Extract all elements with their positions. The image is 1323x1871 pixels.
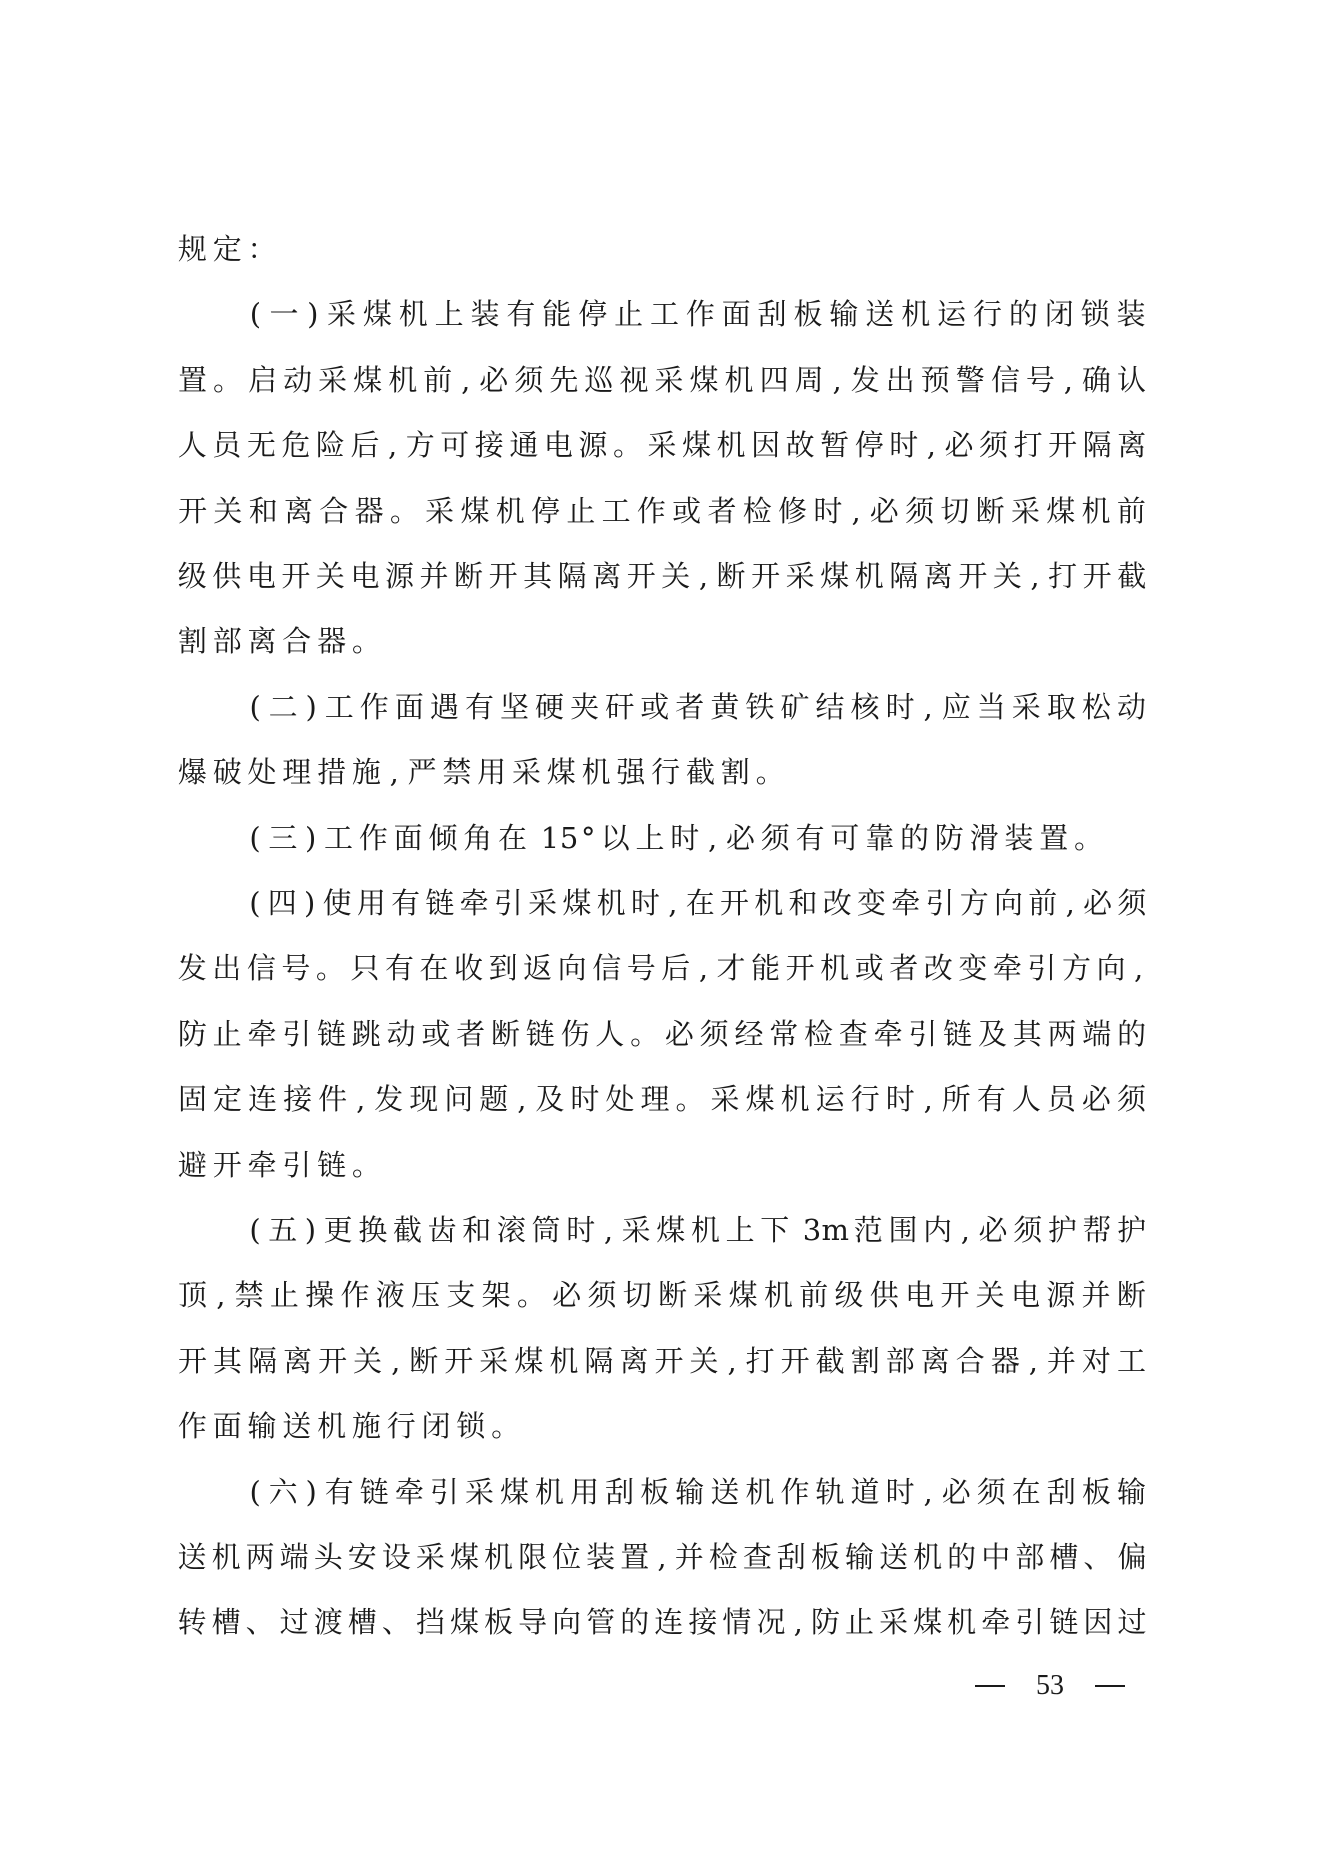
text-line: 规定： [175, 231, 1149, 267]
text-line: 割部离合器。 [175, 623, 1149, 659]
text-line: (二)工作面遇有坚硬夹矸或者黄铁矿结核时,应当采取松动 [175, 689, 1149, 725]
text-line: (四)使用有链牵引采煤机时,在开机和改变牵引方向前,必须 [175, 885, 1149, 921]
text-line: 发出信号。只有在收到返向信号后,才能开机或者改变牵引方向, [175, 950, 1149, 986]
text-line: 顶,禁止操作液压支架。必须切断采煤机前级供电开关电源并断 [175, 1277, 1149, 1313]
text-line: 置。启动采煤机前,必须先巡视采煤机四周,发出预警信号,确认 [175, 362, 1149, 398]
text-line: 防止牵引链跳动或者断链伤人。必须经常检查牵引链及其两端的 [175, 1016, 1149, 1052]
text-line: 送机两端头安设采煤机限位装置,并检查刮板输送机的中部槽、偏 [175, 1539, 1149, 1575]
text-line: 级供电开关电源并断开其隔离开关,断开采煤机隔离开关,打开截 [175, 558, 1149, 594]
page-number-dash-left [975, 1685, 1005, 1687]
document-page: 规定：(一)采煤机上装有能停止工作面刮板输送机运行的闭锁装置。启动采煤机前,必须… [0, 0, 1323, 1871]
text-line: (六)有链牵引采煤机用刮板输送机作轨道时,必须在刮板输 [175, 1474, 1149, 1510]
text-line: 固定连接件,发现问题,及时处理。采煤机运行时,所有人员必须 [175, 1081, 1149, 1117]
page-number: 53 [1036, 1670, 1064, 1702]
page-number-dash-right [1095, 1685, 1125, 1687]
text-line: 爆破处理措施,严禁用采煤机强行截割。 [175, 754, 1149, 790]
page-number-footer: 53 [975, 1666, 1125, 1706]
text-line: (三)工作面倾角在 15°以上时,必须有可靠的防滑装置。 [175, 820, 1149, 856]
text-line: (五)更换截齿和滚筒时,采煤机上下 3m 范围内,必须护帮护 [175, 1212, 1149, 1248]
text-line: 转槽、过渡槽、挡煤板导向管的连接情况,防止采煤机牵引链因过 [175, 1604, 1149, 1640]
text-line: 避开牵引链。 [175, 1147, 1149, 1183]
text-line: 开其隔离开关,断开采煤机隔离开关,打开截割部离合器,并对工 [175, 1343, 1149, 1379]
text-line: 人员无危险后,方可接通电源。采煤机因故暂停时,必须打开隔离 [175, 427, 1149, 463]
text-line: 作面输送机施行闭锁。 [175, 1408, 1149, 1444]
text-line: 开关和离合器。采煤机停止工作或者检修时,必须切断采煤机前 [175, 493, 1149, 529]
text-line: (一)采煤机上装有能停止工作面刮板输送机运行的闭锁装 [175, 296, 1149, 332]
